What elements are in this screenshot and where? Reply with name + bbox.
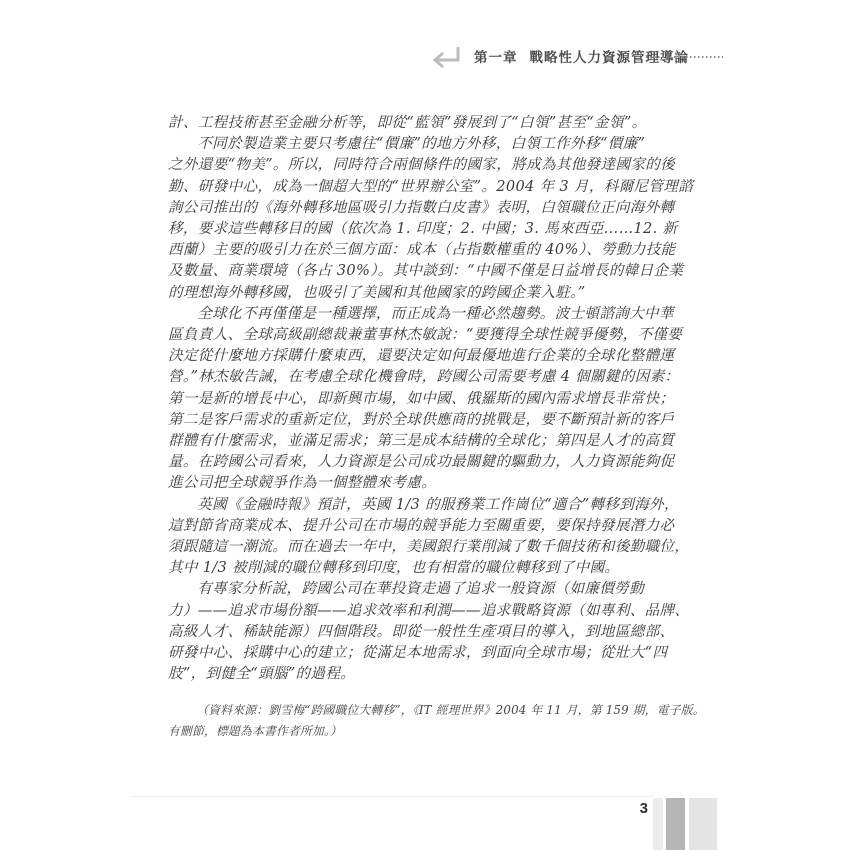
- body-line: 決定從什麼地方採購什麼東西，還要決定如何最優地進行企業的全球化整體運: [168, 345, 709, 366]
- body-line: 營。”林杰敏告誡，在考慮全球化機會時，跨國公司需要考慮 4 個關鍵的因素：: [168, 366, 709, 387]
- body-line: 力）——追求市場份額——追求效率和利潤——追求戰略資源（如專利、品牌、: [168, 600, 709, 621]
- body-line: 英國《金融時報》預計，英國 1/3 的服務業工作崗位“適合”轉移到海外，: [168, 494, 709, 515]
- body-line: 第一是新的增長中心，即新興市場，如中國、俄羅斯的國內需求增長非常快；: [168, 388, 709, 409]
- page-edge-bar-light-2: [689, 798, 717, 850]
- body-line: 的理想海外轉移國，也吸引了美國和其他國家的跨國企業入駐。”: [168, 282, 709, 303]
- body-line: 其中 1/3 被削減的職位轉移到印度，也有相當的職位轉移到了中國。: [168, 557, 709, 578]
- body-line: 計、工程技術甚至金融分析等，即從“藍領”發展到了“白領”甚至“金領”。: [168, 112, 709, 133]
- body-line: 移，要求這些轉移目的國（依次為 1. 印度；2. 中國；3. 馬來西亞……12.…: [168, 218, 709, 239]
- source-note-line: 有刪節，標題為本書作者所加。）: [168, 721, 716, 742]
- body-line: 量。在跨國公司看來，人力資源是公司成功最關鍵的驅動力，人力資源能夠促: [168, 451, 709, 472]
- body-line: 研發中心、採購中心的建立；從滿足本地需求，到面向全球市場；從壯大“四: [168, 642, 709, 663]
- body-text: 計、工程技術甚至金融分析等，即從“藍領”發展到了“白領”甚至“金領”。不同於製造…: [168, 112, 709, 684]
- source-note-line: （資料來源：劉雪梅“跨國職位大轉移”，《IT 經理世界》2004 年 11 月，…: [168, 700, 716, 721]
- body-line: 須跟隨這一潮流。而在過去一年中，美國銀行業削減了數千個技術和後勤職位，: [168, 536, 709, 557]
- dotted-leader: [646, 56, 723, 58]
- body-line: 全球化不再僅僅是一種選擇，而正成為一種必然趨勢。波士頓諮詢大中華: [168, 303, 709, 324]
- page-edge-bar-light-1: [653, 798, 663, 850]
- page-edge-bar-dark: [666, 798, 685, 850]
- body-line: 勤、研發中心，成為一個超大型的“世界辦公室”。2004 年 3 月，科爾尼管理諮: [168, 176, 709, 197]
- footer-rule: [130, 796, 653, 797]
- body-line: 之外還要“物美”。所以，同時符合兩個條件的國家，將成為其他發達國家的後: [168, 154, 709, 175]
- book-page: 第一章戰略性人力資源管理導論 計、工程技術甚至金融分析等，即從“藍領”發展到了“…: [0, 0, 850, 850]
- body-line: 第二是客戶需求的重新定位，對於全球供應商的挑戰是，要不斷預計新的客戶: [168, 409, 709, 430]
- body-line: 肢”，到健全“頭腦”的過程。: [168, 663, 709, 684]
- body-line: 不同於製造業主要只考慮往“價廉”的地方外移，白領工作外移“價廉”: [168, 133, 709, 154]
- body-line: 詢公司推出的《海外轉移地區吸引力指數白皮書》表明，白領職位正向海外轉: [168, 197, 709, 218]
- chapter-number: 第一章: [474, 50, 518, 65]
- body-line: 進公司把全球競爭作為一個整體來考慮。: [168, 472, 709, 493]
- body-line: 區負責人、全球高級副總裁兼董事林杰敏說：“要獲得全球性競爭優勢，不僅要: [168, 324, 709, 345]
- body-line: 及數量、商業環境（各占 30%）。其中談到：“中國不僅是日益增長的韓日企業: [168, 260, 709, 281]
- body-line: 這對節省商業成本、提升公司在市場的競爭能力至關重要，要保持發展潛力必: [168, 515, 709, 536]
- body-line: 群體有什麼需求，並滿足需求；第三是成本結構的全球化；第四是人才的高質: [168, 430, 709, 451]
- page-number: 3: [626, 800, 648, 817]
- body-line: 西蘭）主要的吸引力在於三個方面：成本（占指數權重的 40%）、勞動力技能: [168, 239, 709, 260]
- source-note: （資料來源：劉雪梅“跨國職位大轉移”，《IT 經理世界》2004 年 11 月，…: [168, 700, 716, 742]
- return-arrow-icon: [428, 44, 464, 70]
- body-line: 高級人才、稀缺能源）四個階段。即從一般性生產項目的導入，到地區總部、: [168, 621, 709, 642]
- body-line: 有專家分析說，跨國公司在華投資走過了追求一般資源（如廉價勞動: [168, 578, 709, 599]
